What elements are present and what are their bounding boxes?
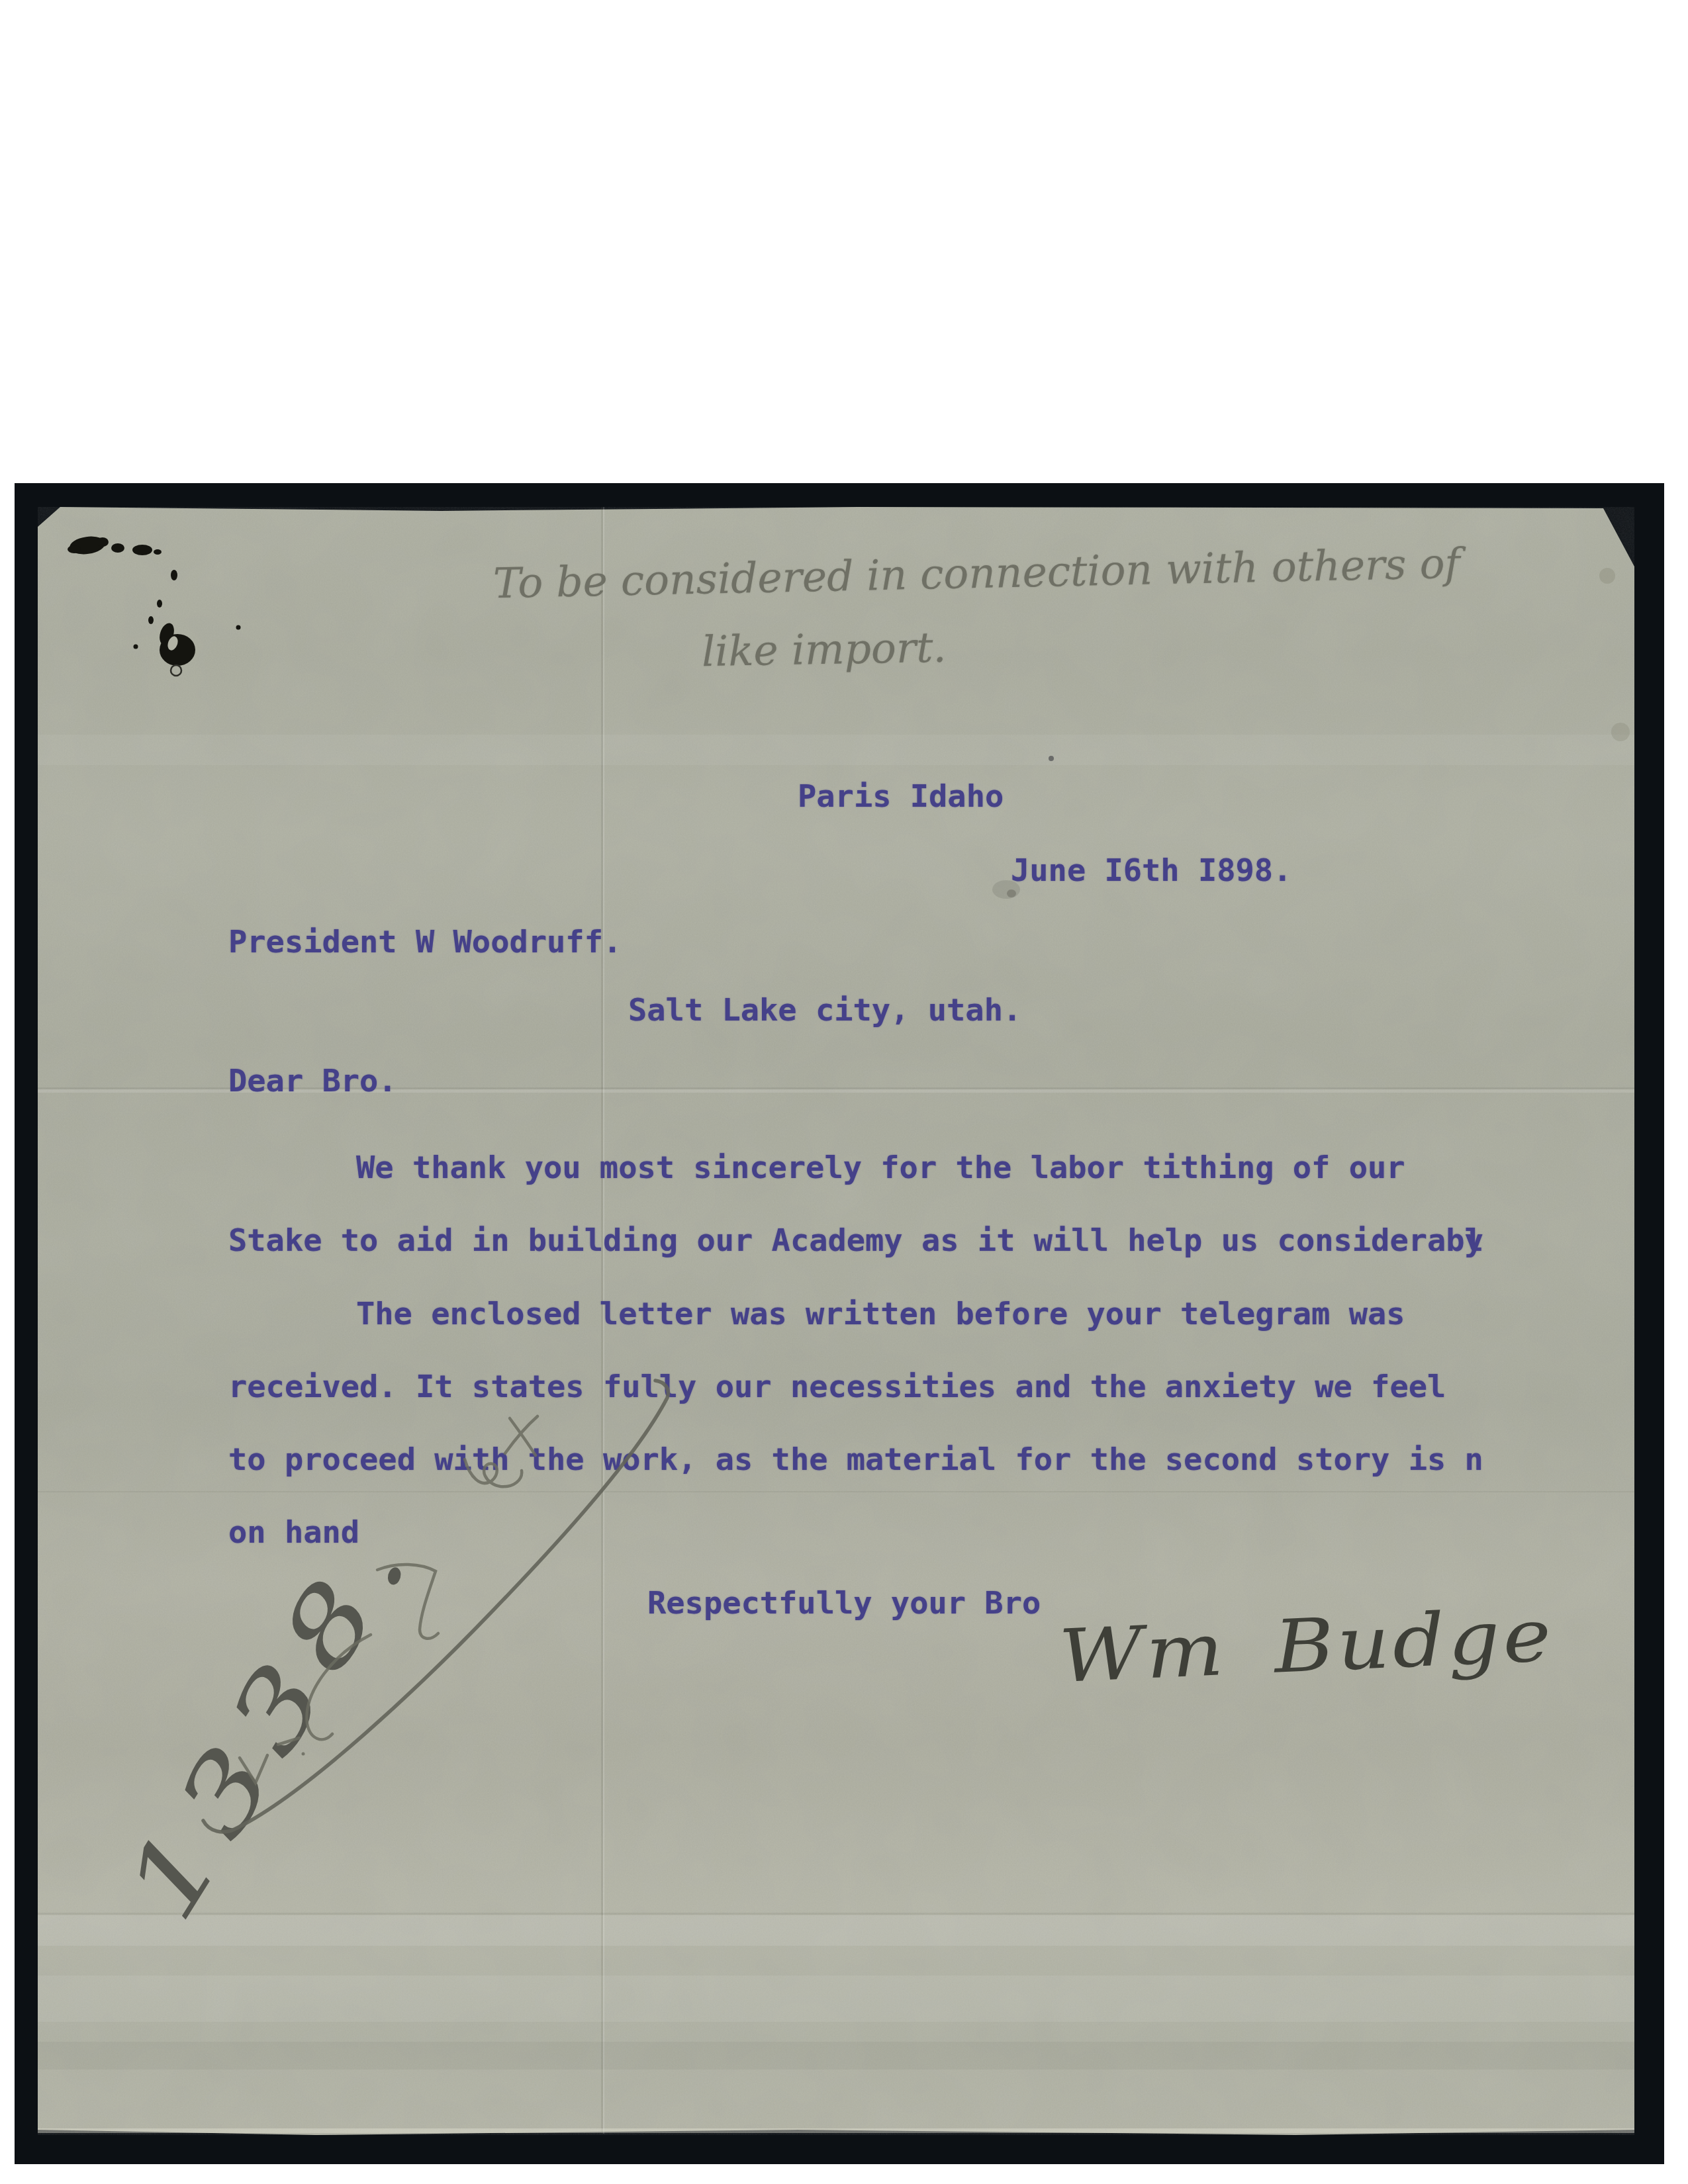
paper-tone-band-1 bbox=[38, 1915, 1634, 1946]
body-line-4: received. It states fully our necessitie… bbox=[228, 1371, 1446, 1402]
recipient-name: President W Woodruff. bbox=[228, 927, 622, 958]
recipient-address: Salt Lake city, utah. bbox=[628, 995, 1021, 1026]
body-line-2: Stake to aid in building our Academy as … bbox=[228, 1225, 1465, 1256]
horizontal-fold-crease-3 bbox=[38, 1913, 1634, 1915]
horizontal-fold-crease-2 bbox=[38, 1491, 1634, 1492]
signature-wm-budge: Wm Budge bbox=[1058, 1598, 1556, 1693]
letter-date: June I6th I898. bbox=[1011, 855, 1291, 886]
paper-tone-band-2 bbox=[38, 1976, 1634, 2022]
body-line-2-text: Stake to aid in building our Academy as … bbox=[228, 1222, 1465, 1259]
body-line-1: We thank you most sincerely for the labo… bbox=[356, 1152, 1405, 1183]
valediction: Respectfully your Bro bbox=[647, 1588, 1041, 1619]
handwritten-annotation-line2: like import. bbox=[701, 627, 946, 672]
paper-tone-band-4 bbox=[38, 735, 1634, 765]
body-line-5: to proceed with the work, as the materia… bbox=[228, 1444, 1483, 1475]
body-line-3: The enclosed letter was written before y… bbox=[356, 1298, 1405, 1330]
paper-bottom-edge-fringe bbox=[38, 2128, 1634, 2133]
letter-place: Paris Idaho bbox=[798, 781, 1004, 812]
scanned-letter-page: To be considered in connection with othe… bbox=[0, 0, 1688, 2184]
salutation: Dear Bro. bbox=[228, 1066, 397, 1097]
paper-tone-band-3 bbox=[38, 2042, 1634, 2070]
